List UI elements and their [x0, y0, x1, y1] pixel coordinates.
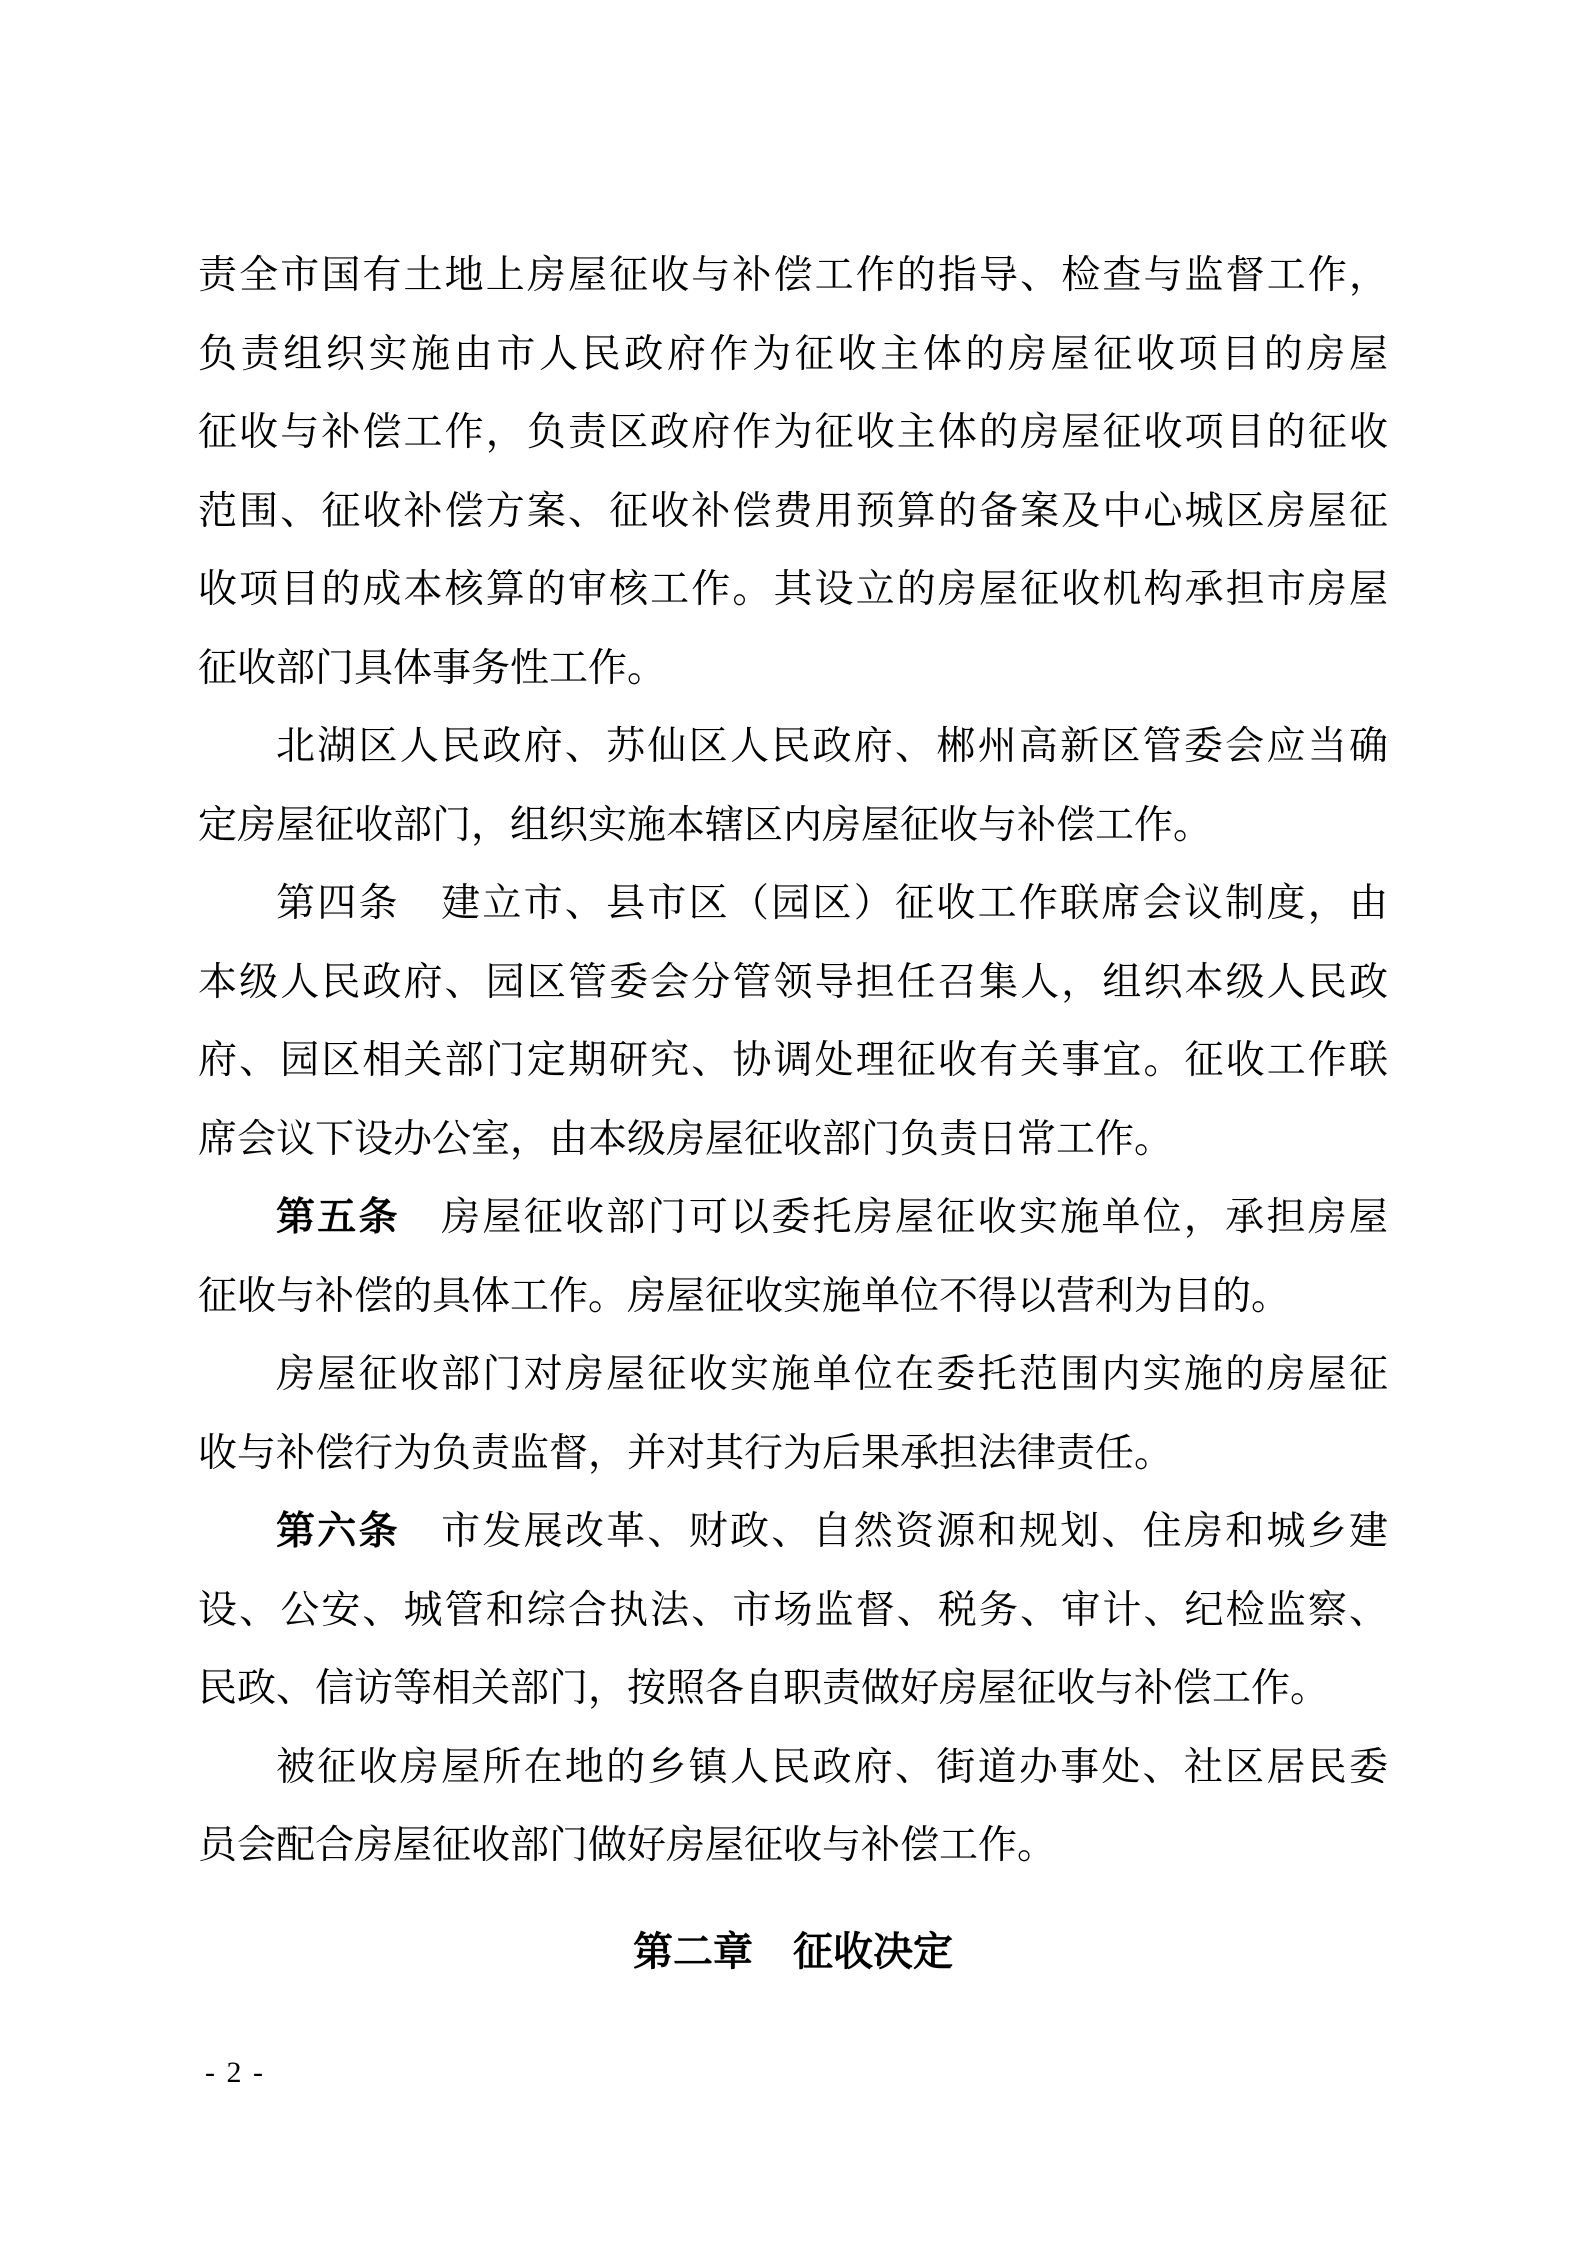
line-text: 被征收房屋所在地的乡镇人民政府、街道办事处、社区居民委: [276, 1746, 1388, 1789]
body-line: 收与补偿行为负责监督，并对其行为后果承担法律责任。: [198, 1415, 1388, 1494]
body-line: 第六条 市发展改革、财政、自然资源和规划、住房和城乡建: [198, 1493, 1388, 1572]
line-text: 收项目的成本核算的审核工作。其设立的房屋征收机构承担市房屋: [198, 568, 1388, 611]
body-line: 设、公安、城管和综合执法、市场监督、税务、审计、纪检监察、: [198, 1572, 1388, 1651]
line-text: 北湖区人民政府、苏仙区人民政府、郴州高新区管委会应当确: [276, 725, 1388, 768]
line-text: 负责组织实施由市人民政府作为征收主体的房屋征收项目的房屋: [198, 333, 1388, 376]
body-line: 北湖区人民政府、苏仙区人民政府、郴州高新区管委会应当确: [198, 708, 1388, 787]
line-text: 征收部门具体事务性工作。: [198, 647, 666, 690]
body-line: 员会配合房屋征收部门做好房屋征收与补偿工作。: [198, 1807, 1388, 1886]
line-text: 席会议下设办公室，由本级房屋征收部门负责日常工作。: [198, 1118, 1173, 1161]
body-line: 第四条 建立市、县市区（园区）征收工作联席会议制度，由: [198, 865, 1388, 944]
line-text: 员会配合房屋征收部门做好房屋征收与补偿工作。: [198, 1824, 1056, 1867]
body-line: 民政、信访等相关部门，按照各自职责做好房屋征收与补偿工作。: [198, 1650, 1388, 1729]
line-text: 房屋征收部门对房屋征收实施单位在委托范围内实施的房屋征: [276, 1353, 1388, 1396]
line-text: 范围、征收补偿方案、征收补偿费用预算的备案及中心城区房屋征: [198, 490, 1388, 533]
document-page: 责全市国有土地上房屋征收与补偿工作的指导、检查与监督工作，负责组织实施由市人民政…: [0, 0, 1587, 2245]
body-line: 府、园区相关部门定期研究、协调处理征收有关事宜。征收工作联: [198, 1022, 1388, 1101]
chapter-heading-text: 第二章 征收决定: [633, 1929, 953, 1974]
body-line: 范围、征收补偿方案、征收补偿费用预算的备案及中心城区房屋征: [198, 473, 1388, 552]
body-line: 负责组织实施由市人民政府作为征收主体的房屋征收项目的房屋: [198, 316, 1388, 395]
body-line: 征收与补偿工作，负责区政府作为征收主体的房屋征收项目的征收: [198, 394, 1388, 473]
body-line: 本级人民政府、园区管委会分管领导担任召集人，组织本级人民政: [198, 944, 1388, 1023]
line-text: 征收与补偿工作，负责区政府作为征收主体的房屋征收项目的征收: [198, 411, 1388, 454]
line-text: 责全市国有土地上房屋征收与补偿工作的指导、检查与监督工作，: [198, 254, 1388, 297]
body-line: 第五条 房屋征收部门可以委托房屋征收实施单位，承担房屋: [198, 1179, 1388, 1258]
line-text: 府、园区相关部门定期研究、协调处理征收有关事宜。征收工作联: [198, 1039, 1388, 1082]
document-body: 责全市国有土地上房屋征收与补偿工作的指导、检查与监督工作，负责组织实施由市人民政…: [198, 237, 1388, 1991]
body-line: 征收部门具体事务性工作。: [198, 630, 1388, 709]
body-line: 征收与补偿的具体工作。房屋征收实施单位不得以营利为目的。: [198, 1258, 1388, 1337]
chapter-heading: 第二章 征收决定: [198, 1913, 1388, 1992]
article-number: 第六条: [276, 1510, 400, 1553]
line-text: 设、公安、城管和综合执法、市场监督、税务、审计、纪检监察、: [198, 1589, 1388, 1632]
line-text: 定房屋征收部门，组织实施本辖区内房屋征收与补偿工作。: [198, 804, 1212, 847]
line-text: 本级人民政府、园区管委会分管领导担任召集人，组织本级人民政: [198, 961, 1388, 1004]
body-line: 席会议下设办公室，由本级房屋征收部门负责日常工作。: [198, 1101, 1388, 1180]
line-text: 市发展改革、财政、自然资源和规划、住房和城乡建: [400, 1510, 1388, 1553]
line-text: 征收与补偿的具体工作。房屋征收实施单位不得以营利为目的。: [198, 1275, 1290, 1318]
body-line: 被征收房屋所在地的乡镇人民政府、街道办事处、社区居民委: [198, 1729, 1388, 1808]
body-line: 定房屋征收部门，组织实施本辖区内房屋征收与补偿工作。: [198, 787, 1388, 866]
body-line: 收项目的成本核算的审核工作。其设立的房屋征收机构承担市房屋: [198, 551, 1388, 630]
line-text: 收与补偿行为负责监督，并对其行为后果承担法律责任。: [198, 1432, 1173, 1475]
article-number: 第五条: [276, 1196, 400, 1239]
body-line: 房屋征收部门对房屋征收实施单位在委托范围内实施的房屋征: [198, 1336, 1388, 1415]
body-line: 责全市国有土地上房屋征收与补偿工作的指导、检查与监督工作，: [198, 237, 1388, 316]
page-number: - 2 -: [205, 2056, 265, 2090]
line-text: 民政、信访等相关部门，按照各自职责做好房屋征收与补偿工作。: [198, 1667, 1329, 1710]
line-text: 第四条 建立市、县市区（园区）征收工作联席会议制度，由: [276, 882, 1388, 925]
line-text: 房屋征收部门可以委托房屋征收实施单位，承担房屋: [400, 1196, 1388, 1239]
